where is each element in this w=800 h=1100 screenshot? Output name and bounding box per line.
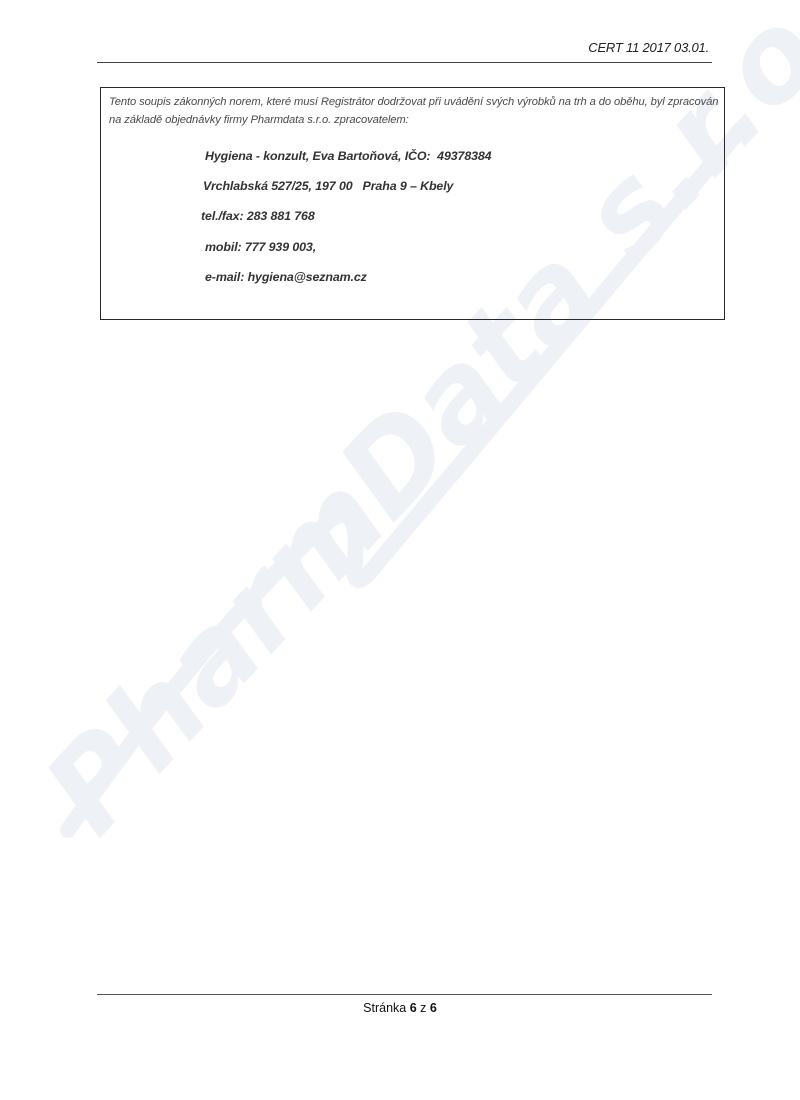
page-separator: z [420, 1001, 426, 1015]
email-line: e-mail: hygiena@seznam.cz [205, 270, 367, 284]
phone-fax-line: tel./fax: 283 881 768 [201, 209, 315, 223]
header-divider [97, 62, 712, 63]
address-line: Vrchlabská 527/25, 197 00 Praha 9 – Kbel… [203, 179, 453, 193]
company-name-line: Hygiena - konzult, Eva Bartoňová, IČO: 4… [205, 149, 491, 163]
total-pages: 6 [430, 1001, 437, 1015]
mobile-line: mobil: 777 939 003, [205, 240, 316, 254]
footer-divider [97, 994, 712, 995]
document-code: CERT 11 2017 03.01. [588, 40, 709, 55]
page-number: Stránka 6 z 6 [0, 1001, 800, 1015]
processor-info-box: Tento soupis zákonných norem, které musí… [100, 87, 725, 320]
intro-text: Tento soupis zákonných norem, které musí… [109, 93, 721, 129]
current-page: 6 [410, 1001, 417, 1015]
page-label: Stránka [363, 1001, 406, 1015]
